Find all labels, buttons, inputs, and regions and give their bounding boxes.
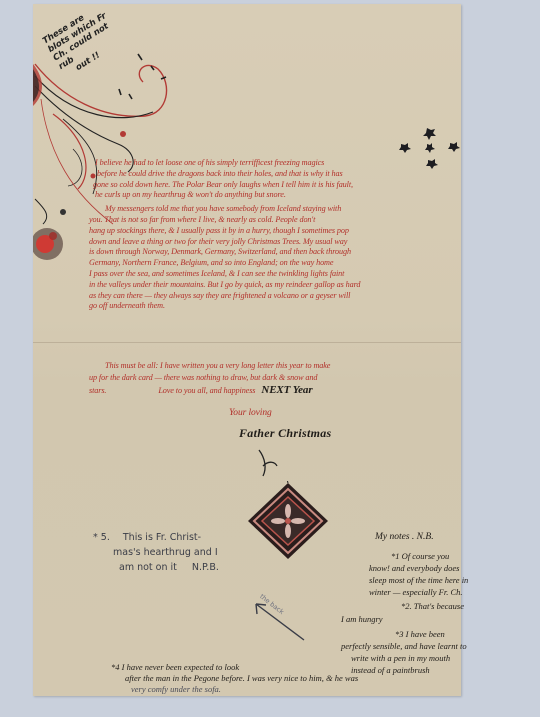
body-line: he curls up on my hearthrug & won't do a… xyxy=(95,190,360,201)
bear-note-3: *3 I have been perfectly sensible, and h… xyxy=(351,628,467,676)
closing-line: stars. xyxy=(89,385,106,397)
pencil-note: * 5. This is Fr. Christ- mas's hearthrug… xyxy=(93,530,219,575)
body-line: gone so cold down here. The Polar Bear o… xyxy=(93,180,360,191)
next-year: NEXT Year xyxy=(261,384,312,396)
diamond-emblem-icon xyxy=(246,481,330,561)
sign-off-text: Your loving xyxy=(229,408,272,419)
body-line: down and leave a thing or two for their … xyxy=(89,237,360,248)
initials: N.P.B. xyxy=(192,562,219,573)
bear-note-line: *1 Of course you xyxy=(391,550,468,562)
paper-fold xyxy=(33,342,461,343)
letter-body: I believe he had to let loose one of his… xyxy=(95,158,360,312)
body-line: I pass over the sea, and sometimes Icela… xyxy=(89,269,360,280)
bear-note-line: *4 I have never been expected to look xyxy=(111,662,358,673)
body-line: in the valleys under their mountains. Bu… xyxy=(89,280,360,291)
body-line: hang up stockings there, & I usually pas… xyxy=(89,226,360,237)
body-line: you. That is not so far from where I liv… xyxy=(89,215,360,226)
pencil-line: This is Fr. Christ- xyxy=(123,532,201,543)
bear-note-line: I am hungry xyxy=(341,613,464,626)
bear-note-line: write with a pen in my mouth xyxy=(351,652,467,664)
bear-notes-title: My notes . N.B. xyxy=(375,532,434,542)
body-line: before he could drive the dragons back i… xyxy=(95,169,360,180)
pencil-line: mas's hearthrug and I xyxy=(113,545,219,560)
bear-note-4: *4 I have never been expected to look af… xyxy=(111,662,358,695)
body-line: Germany, Northern France, Belgium, and s… xyxy=(89,258,360,269)
body-line: My messengers told me that you have some… xyxy=(95,204,360,215)
body-line: is down through Norway, Denmark, Germany… xyxy=(89,247,360,258)
love-line: Love to you all, and happiness xyxy=(158,386,255,395)
pencil-note-line: * 5. This is Fr. Christ- xyxy=(93,530,219,545)
bear-note-line: know! and everybody does xyxy=(369,562,468,574)
sign-off: Your loving xyxy=(229,408,272,419)
body-line: as they can there — they always say they… xyxy=(89,291,360,302)
signature-flourish-icon xyxy=(255,446,285,480)
letter-closing: This must be all: I have written you a v… xyxy=(95,360,330,397)
bear-note-line: instead of a paintbrush xyxy=(351,664,467,676)
bear-note-line: winter — especially Fr. Ch. xyxy=(369,586,468,598)
footnote-marker: * 5. xyxy=(93,532,110,543)
bear-note-1: *1 Of course you know! and everybody doe… xyxy=(369,550,468,598)
signature: Father Christmas xyxy=(239,426,332,441)
closing-line: This must be all: I have written you a v… xyxy=(95,360,330,372)
body-line: go off underneath them. xyxy=(89,301,360,312)
bear-note-line: *2. That's because xyxy=(401,600,464,613)
bear-note-line: sleep most of the time here in xyxy=(369,574,468,586)
ink-blots-icon xyxy=(395,124,465,174)
bear-note-line: *3 I have been xyxy=(395,628,467,640)
pencil-note-line: am not on it N.P.B. xyxy=(119,560,219,575)
bear-note-line: very comfy under the sofa. xyxy=(131,684,358,695)
bear-note-2: *2. That's because I am hungry xyxy=(341,600,464,626)
bear-note-line: after the man in the Pegone before. I wa… xyxy=(125,673,358,684)
body-line: I believe he had to let loose one of his… xyxy=(95,158,360,169)
bear-note-line: perfectly sensible, and have learnt to xyxy=(341,640,467,652)
letter-page: These are blots which Fr Ch. could not r… xyxy=(33,4,461,696)
closing-line: up for the dark card — there was nothing… xyxy=(89,372,330,384)
pencil-line: am not on it xyxy=(119,562,177,573)
